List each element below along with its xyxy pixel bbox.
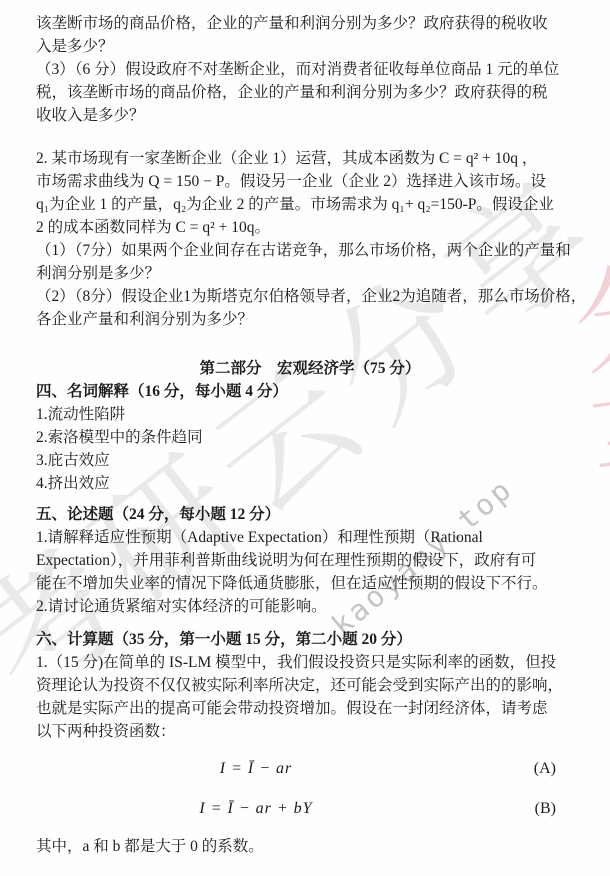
- micro-q2-line: 2 的成本函数同样为 C = q² + 10q。: [36, 216, 584, 239]
- formula-a-label: (A): [534, 757, 556, 780]
- section6-line: 资理论认为投资不仅仅被实际利率所决定，还可能会受到实际产出的的影响，: [36, 674, 584, 697]
- section5-line: Expectation），并用菲利普斯曲线说明为何在理性预期的假设下，政府有可: [36, 549, 584, 572]
- micro-q2-sub2-line: （2）（8分）假设企业1为斯塔克尔伯格领导者，企业2为追随者，那么市场价格，: [36, 285, 584, 308]
- section5-line: 2.请讨论通货紧缩对实体经济的可能影响。: [36, 595, 584, 618]
- micro-q2-sub2-line: 各企业产量和利润分别为多少？: [36, 308, 584, 331]
- spacer: [36, 495, 584, 503]
- section5-line: 1.请解释适应性预期（Adaptive Expectation）和理性预期（Ra…: [36, 526, 584, 549]
- micro-q2-sub1-line: 利润分别是多少？: [36, 262, 584, 285]
- spacer: [36, 331, 584, 357]
- section4-item: 3.庇古效应: [36, 449, 584, 472]
- micro-q2-sub1-line: （1）（7分）如果两个企业间存在古诺竞争，那么市场价格，两个企业的产量和: [36, 239, 584, 262]
- formula-b-row: I = Ī − ar + bY (B): [36, 797, 584, 823]
- micro-q2-line: 市场需求曲线为 Q = 150 − P。假设另一企业（企业 2）选择进入该市场。…: [36, 170, 584, 193]
- micro-q2-line: 2. 某市场现有一家垄断企业（企业 1）运营，其成本函数为 C = q² + 1…: [36, 147, 584, 170]
- formula-b: I = Ī − ar + bY: [36, 797, 476, 820]
- micro-para1-line: （3）（6 分）假设政府不对垄断企业，而对消费者征收每单位商品 1 元的单位: [36, 58, 584, 81]
- section6-line: 1.（15 分)在简单的 IS-LM 模型中，我们假设投资只是实际利率的函数，但…: [36, 651, 584, 674]
- spacer: [36, 127, 584, 147]
- spacer: [36, 618, 584, 628]
- section4-item: 1.流动性陷阱: [36, 403, 584, 426]
- micro-q2-line: q₁为企业 1 的产量，q₂为企业 2 的产量。市场需求为 q₁+ q₂=150…: [36, 193, 584, 216]
- section6-line: 也就是实际产出的提高可能会带动投资增加。假设在一封闭经济体，请考虑: [36, 697, 584, 720]
- micro-para1-line: 该垄断市场的商品价格，企业的产量和利润分别为多少？政府获得的税收收: [36, 12, 584, 35]
- coefficient-note: 其中，a 和 b 都是大于 0 的系数。: [36, 835, 584, 858]
- micro-para1-line: 收收入是多少？: [36, 104, 584, 127]
- section4-item: 2.索洛模型中的条件趋同: [36, 426, 584, 449]
- section4-header: 四、名词解释（16 分，每小题 4 分）: [36, 380, 584, 403]
- formula-a: I = Ī − ar: [36, 757, 476, 780]
- section4-item: 4.挤出效应: [36, 472, 584, 495]
- formula-b-label: (B): [535, 797, 556, 820]
- formula-a-row: I = Ī − ar (A): [36, 757, 584, 783]
- section5-line: 能在不增加失业率的情况下降低通货膨胀，但在适应性预期的假设下不行。: [36, 572, 584, 595]
- part2-header: 第二部分 宏观经济学（75 分）: [36, 357, 584, 380]
- page-content: 该垄断市场的商品价格，企业的产量和利润分别为多少？政府获得的税收收 入是多少？ …: [36, 12, 584, 858]
- micro-para1-line: 入是多少？: [36, 35, 584, 58]
- section6-header: 六、计算题（35 分，第一小题 15 分，第二小题 20 分）: [36, 628, 584, 651]
- micro-para1-line: 税，该垄断市场的商品价格，企业的产量和利润分别为多少？政府获得的税: [36, 81, 584, 104]
- scanned-exam-page: 考研云分享 分享 kaoyany.top 该垄断市场的商品价格，企业的产量和利润…: [0, 0, 610, 876]
- section5-header: 五、论述题（24 分，每小题 12 分）: [36, 503, 584, 526]
- section6-line: 以下两种投资函数：: [36, 720, 584, 743]
